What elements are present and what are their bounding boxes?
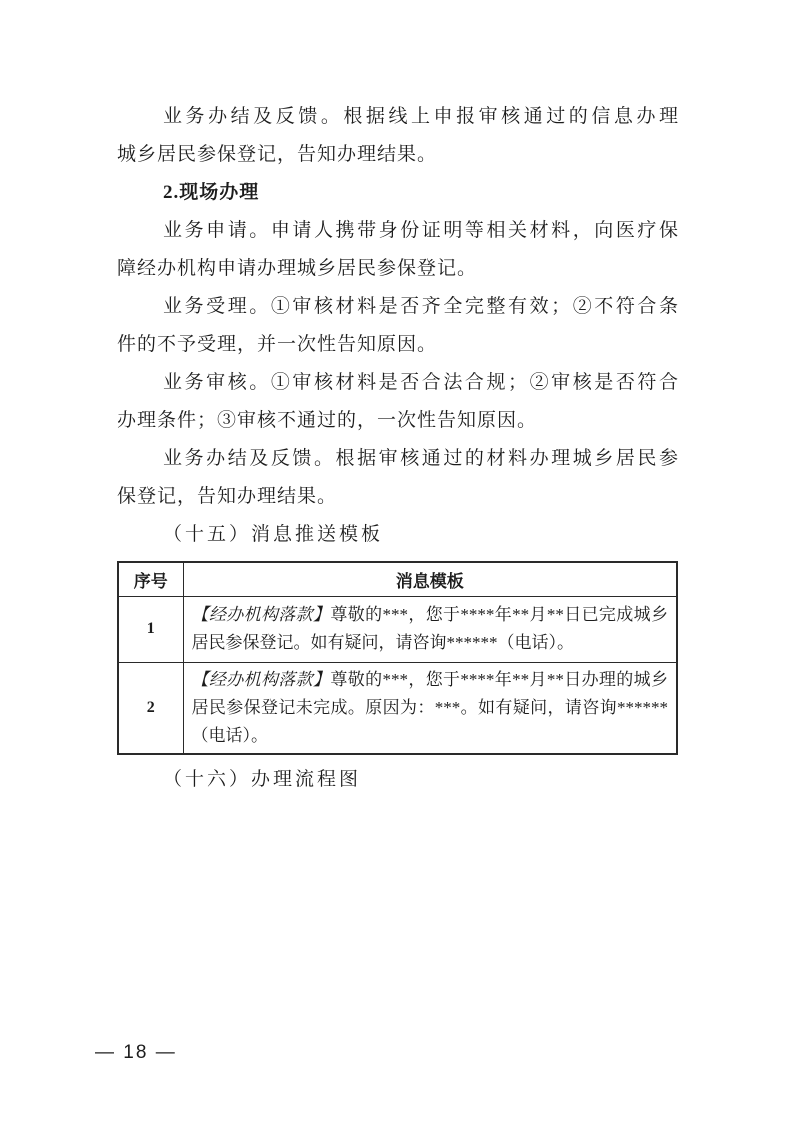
table-header-no: 序号 xyxy=(118,562,183,596)
message-template-table: 序号 消息模板 1 【经办机构落款】尊敬的***，您于****年**月**日已完… xyxy=(117,561,678,755)
paragraph-line: 业务受理。①审核材料是否齐全完整有效；②不符合条 xyxy=(117,288,678,326)
row-number: 1 xyxy=(118,596,183,662)
message-template-cell: 【经办机构落款】尊敬的***，您于****年**月**日已完成城乡居民参保登记。… xyxy=(183,596,677,662)
table-header-template: 消息模板 xyxy=(183,562,677,596)
paragraph-line: 件的不予受理，并一次性告知原因。 xyxy=(117,326,678,364)
row-number: 2 xyxy=(118,662,183,754)
table-header-row: 序号 消息模板 xyxy=(118,562,677,596)
paragraph-line: 业务办结及反馈。根据审核通过的材料办理城乡居民参 xyxy=(117,440,678,478)
paragraph-line: 业务申请。申请人携带身份证明等相关材料，向医疗保 xyxy=(117,212,678,250)
subsection-heading: 2.现场办理 xyxy=(117,174,678,212)
agency-signature-prefix: 【经办机构落款】 xyxy=(192,605,331,624)
section-heading-16: （十六）办理流程图 xyxy=(117,761,678,799)
paragraph-line: 业务审核。①审核材料是否合法合规；②审核是否符合 xyxy=(117,364,678,402)
document-page: 业务办结及反馈。根据线上申报审核通过的信息办理 城乡居民参保登记，告知办理结果。… xyxy=(0,0,793,1122)
paragraph-line: 业务办结及反馈。根据线上申报审核通过的信息办理 xyxy=(117,98,678,136)
table-row: 2 【经办机构落款】尊敬的***，您于****年**月**日办理的城乡居民参保登… xyxy=(118,662,677,754)
paragraph-line: 保登记，告知办理结果。 xyxy=(117,478,678,516)
message-template-cell: 【经办机构落款】尊敬的***，您于****年**月**日办理的城乡居民参保登记未… xyxy=(183,662,677,754)
page-number: — 18 — xyxy=(95,1042,177,1064)
section-heading-15: （十五）消息推送模板 xyxy=(117,516,678,554)
paragraph-line: 办理条件；③审核不通过的，一次性告知原因。 xyxy=(117,402,678,440)
paragraph-line: 城乡居民参保登记，告知办理结果。 xyxy=(117,136,678,174)
paragraph-line: 障经办机构申请办理城乡居民参保登记。 xyxy=(117,250,678,288)
table-row: 1 【经办机构落款】尊敬的***，您于****年**月**日已完成城乡居民参保登… xyxy=(118,596,677,662)
document-body: 业务办结及反馈。根据线上申报审核通过的信息办理 城乡居民参保登记，告知办理结果。… xyxy=(117,98,678,799)
agency-signature-prefix: 【经办机构落款】 xyxy=(192,670,331,689)
